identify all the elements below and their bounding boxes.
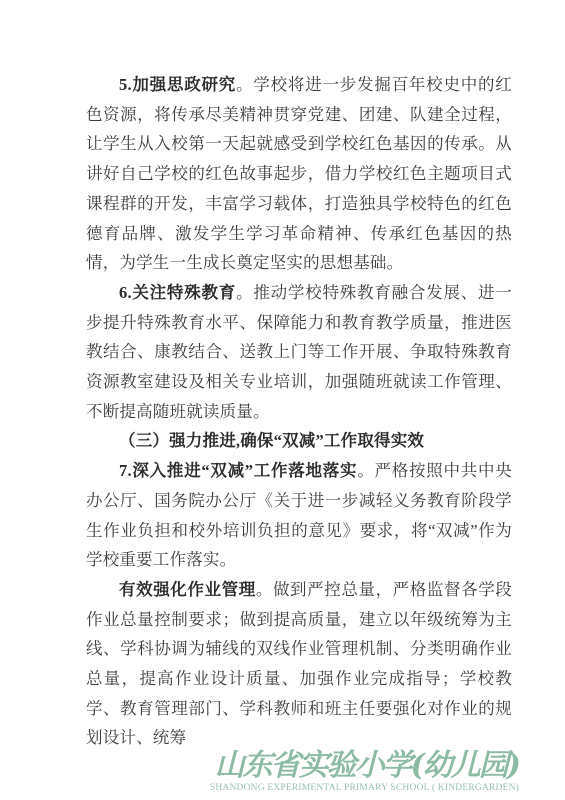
paragraph-item-6: 6.关注特殊教育。推动学校特殊教育融合发展、进一步提升特殊教育水平、保障能力和教… [86, 278, 512, 427]
section-heading-text: （三）强力推进,确保“双减”工作取得实效 [119, 431, 424, 450]
school-name-chinese: 山东省实验小学(幼儿园) [210, 751, 519, 781]
document-body: 5.加强思政研究。学校将进一步发掘百年校史中的红色资源，将传承尽美精神贯穿党建、… [86, 70, 512, 753]
paragraph-item-5-text: 。学校将进一步发掘百年校史中的红色资源，将传承尽美精神贯穿党建、团建、队建全过程… [86, 75, 512, 272]
paragraph-item-7-lead: 7.深入推进“双减”工作落地落实 [119, 461, 357, 480]
paragraph-item-5: 5.加强思政研究。学校将进一步发掘百年校史中的红色资源，将传承尽美精神贯穿党建、… [86, 70, 512, 278]
paragraph-item-6-lead: 6.关注特殊教育 [119, 283, 236, 302]
paragraph-homework-text: 。做到严控总量，严格监督各学段作业总量控制要求；做到提高质量，建立以年级统筹为主… [86, 580, 512, 748]
paragraph-homework-lead: 有效强化作业管理 [119, 580, 256, 599]
paragraph-item-7: 7.深入推进“双减”工作落地落实。严格按照中共中央办公厅、国务院办公厅《关于进一… [86, 456, 512, 575]
document-page: 5.加强思政研究。学校将进一步发掘百年校史中的红色资源，将传承尽美精神贯穿党建、… [0, 0, 565, 800]
section-heading: （三）强力推进,确保“双减”工作取得实效 [86, 426, 512, 456]
school-logo: 山东省实验小学(幼儿园) SHANDONG EXPERIMENTAL PRIMA… [210, 751, 519, 794]
paragraph-item-5-lead: 5.加强思政研究 [119, 75, 236, 94]
paragraph-item-6-text: 。推动学校特殊教育融合发展、进一步提升特殊教育水平、保障能力和教育教学质量，推进… [86, 283, 512, 421]
paragraph-homework: 有效强化作业管理。做到严控总量，严格监督各学段作业总量控制要求；做到提高质量，建… [86, 575, 512, 753]
school-name-english: SHANDONG EXPERIMENTAL PRIMARY SCHOOL ( K… [210, 784, 519, 794]
